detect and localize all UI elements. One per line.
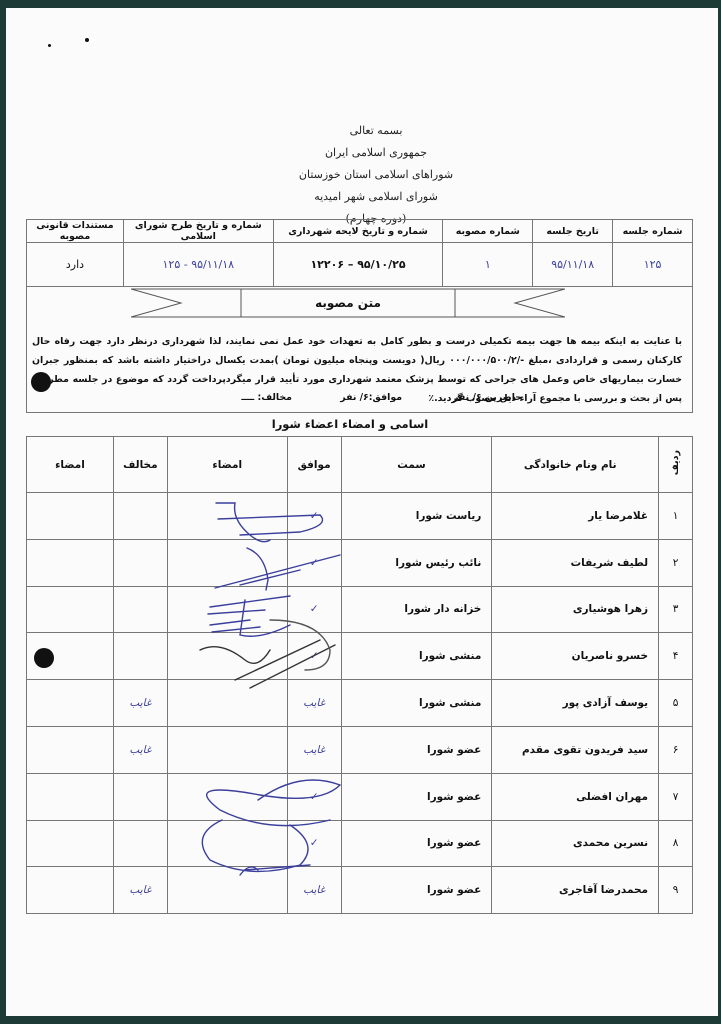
member-name: لطیف شریفات xyxy=(492,539,659,586)
votes-present: حاضرین ۶/ نفر xyxy=(453,392,522,403)
member-role: نائب رئیس شورا xyxy=(341,539,492,586)
members-table: ردیف نام ونام خانوادگی سمت موافق امضاء م… xyxy=(26,436,693,914)
signature2-cell xyxy=(27,493,114,540)
signature-cell xyxy=(167,867,287,914)
agree-mark: ✓ xyxy=(287,820,341,867)
oppose-mark xyxy=(113,493,167,540)
member-role: عضو شورا xyxy=(341,726,492,773)
col-resolution-number: شماره مصوبه xyxy=(443,220,533,243)
oppose-mark xyxy=(113,773,167,820)
members-title: اسامی و امضاء اعضاء شورا xyxy=(270,417,430,431)
scan-speck xyxy=(85,38,89,42)
signature2-cell xyxy=(27,773,114,820)
col-sign: امضاء xyxy=(167,437,287,493)
oppose-mark xyxy=(113,820,167,867)
signature2-cell xyxy=(27,726,114,773)
table-row: ۱ غلامرضا یار ریاست شورا ✓ xyxy=(27,493,693,540)
member-name: خسرو ناصریان xyxy=(492,633,659,680)
row-number: ۲ xyxy=(659,539,693,586)
col-session-number: شماره جلسه xyxy=(613,220,693,243)
table-row: ۶ سید فریدون تقوی مقدم عضو شورا غایب غای… xyxy=(27,726,693,773)
row-number: ۶ xyxy=(659,726,693,773)
punch-hole-mark xyxy=(34,648,54,668)
col-council-plan: شماره و تاریخ طرح شورای اسلامی xyxy=(123,220,273,243)
oppose-mark xyxy=(113,586,167,633)
signature2-cell xyxy=(27,586,114,633)
member-name: مهران افضلی xyxy=(492,773,659,820)
votes-agree: موافق:۶/ نفر xyxy=(340,392,402,403)
heading-line: بسمه تعالی xyxy=(256,120,496,142)
oppose-mark xyxy=(113,539,167,586)
resolution-text-box: متن مصوبه با عنایت به اینکه بیمه ها جهت … xyxy=(26,284,693,413)
agree-mark: ✓ xyxy=(287,773,341,820)
row-number: ۵ xyxy=(659,680,693,727)
col-role: سمت xyxy=(341,437,492,493)
resolution-meta-table: شماره جلسه تاریخ جلسه شماره مصوبه شماره … xyxy=(26,219,693,287)
municipal-bill-value: ۹۵/۱۰/۲۵ – ۱۲۲۰۶ xyxy=(273,243,443,287)
signature-cell xyxy=(167,726,287,773)
member-name: غلامرضا یار xyxy=(492,493,659,540)
col-name: نام ونام خانوادگی xyxy=(492,437,659,493)
row-number: ۱ xyxy=(659,493,693,540)
heading-line: جمهوری اسلامی ایران xyxy=(256,142,496,164)
row-number: ۹ xyxy=(659,867,693,914)
oppose-mark: غایب xyxy=(113,726,167,773)
row-number: ۴ xyxy=(659,633,693,680)
agree-mark: غایب xyxy=(287,867,341,914)
col-session-date: تاریخ جلسه xyxy=(533,220,613,243)
member-name: نسرین محمدی xyxy=(492,820,659,867)
member-name: زهرا هوشیاری xyxy=(492,586,659,633)
col-sign2: امضاء xyxy=(27,437,114,493)
signature2-cell xyxy=(27,539,114,586)
signature-cell xyxy=(167,586,287,633)
col-legal-basis: مستندات قانونی مصوبه xyxy=(27,220,124,243)
table-row: ۵ یوسف آزادی پور منشی شورا غایب غایب xyxy=(27,680,693,727)
member-name: سید فریدون تقوی مقدم xyxy=(492,726,659,773)
signature-cell xyxy=(167,493,287,540)
agree-mark: غایب xyxy=(287,680,341,727)
resolution-number-value: ۱ xyxy=(443,243,533,287)
member-role: ریاست شورا xyxy=(341,493,492,540)
member-role: عضو شورا xyxy=(341,773,492,820)
oppose-mark: غایب xyxy=(113,867,167,914)
votes-oppose: مخالف: ــــ xyxy=(241,392,292,403)
row-number: ۷ xyxy=(659,773,693,820)
col-row: ردیف xyxy=(659,437,693,493)
member-role: عضو شورا xyxy=(341,820,492,867)
col-agree: موافق xyxy=(287,437,341,493)
table-row: ۷ مهران افضلی عضو شورا ✓ xyxy=(27,773,693,820)
signature-cell xyxy=(167,633,287,680)
agree-mark: غایب xyxy=(287,726,341,773)
table-row: ۲ لطیف شریفات نائب رئیس شورا ✓ xyxy=(27,539,693,586)
table-row: ۹ محمدرضا آقاجری عضو شورا غایب غایب xyxy=(27,867,693,914)
letterhead: بسمه تعالی جمهوری اسلامی ایران شوراهای ا… xyxy=(256,120,496,230)
col-oppose: مخالف xyxy=(113,437,167,493)
scan-speck xyxy=(48,44,51,47)
member-role: منشی شورا xyxy=(341,633,492,680)
table-row: ۴ خسرو ناصریان منشی شورا ✓ xyxy=(27,633,693,680)
heading-line: شوراهای اسلامی استان خوزستان xyxy=(256,164,496,186)
signature2-cell xyxy=(27,867,114,914)
agree-mark: ✓ xyxy=(287,493,341,540)
oppose-mark: غایب xyxy=(113,680,167,727)
table-row: ۳ زهرا هوشیاری خزانه دار شورا ✓ xyxy=(27,586,693,633)
member-role: عضو شورا xyxy=(341,867,492,914)
heading-line: شورای اسلامی شهر امیدیه xyxy=(256,186,496,208)
resolution-title: متن مصوبه xyxy=(241,288,455,318)
row-number: ۳ xyxy=(659,586,693,633)
session-date-value: ۹۵/۱۱/۱۸ xyxy=(533,243,613,287)
resolution-title-banner: متن مصوبه xyxy=(131,288,565,318)
signature-cell xyxy=(167,820,287,867)
signature2-cell xyxy=(27,820,114,867)
council-plan-value: ۹۵/۱۱/۱۸ - ۱۲۵ xyxy=(123,243,273,287)
agree-mark: ✓ xyxy=(287,586,341,633)
col-municipal-bill: شماره و تاریخ لایحه شهرداری xyxy=(273,220,443,243)
legal-basis-value: دارد xyxy=(27,243,124,287)
member-name: یوسف آزادی پور xyxy=(492,680,659,727)
signature-cell xyxy=(167,680,287,727)
session-number-value: ۱۲۵ xyxy=(613,243,693,287)
member-role: خزانه دار شورا xyxy=(341,586,492,633)
signature2-cell xyxy=(27,680,114,727)
member-role: منشی شورا xyxy=(341,680,492,727)
member-name: محمدرضا آقاجری xyxy=(492,867,659,914)
agree-mark: ✓ xyxy=(287,539,341,586)
punch-hole-mark xyxy=(31,372,51,392)
signature-cell xyxy=(167,539,287,586)
signature-cell xyxy=(167,773,287,820)
agree-mark: ✓ xyxy=(287,633,341,680)
oppose-mark xyxy=(113,633,167,680)
table-row: ۸ نسرین محمدی عضو شورا ✓ xyxy=(27,820,693,867)
row-number: ۸ xyxy=(659,820,693,867)
